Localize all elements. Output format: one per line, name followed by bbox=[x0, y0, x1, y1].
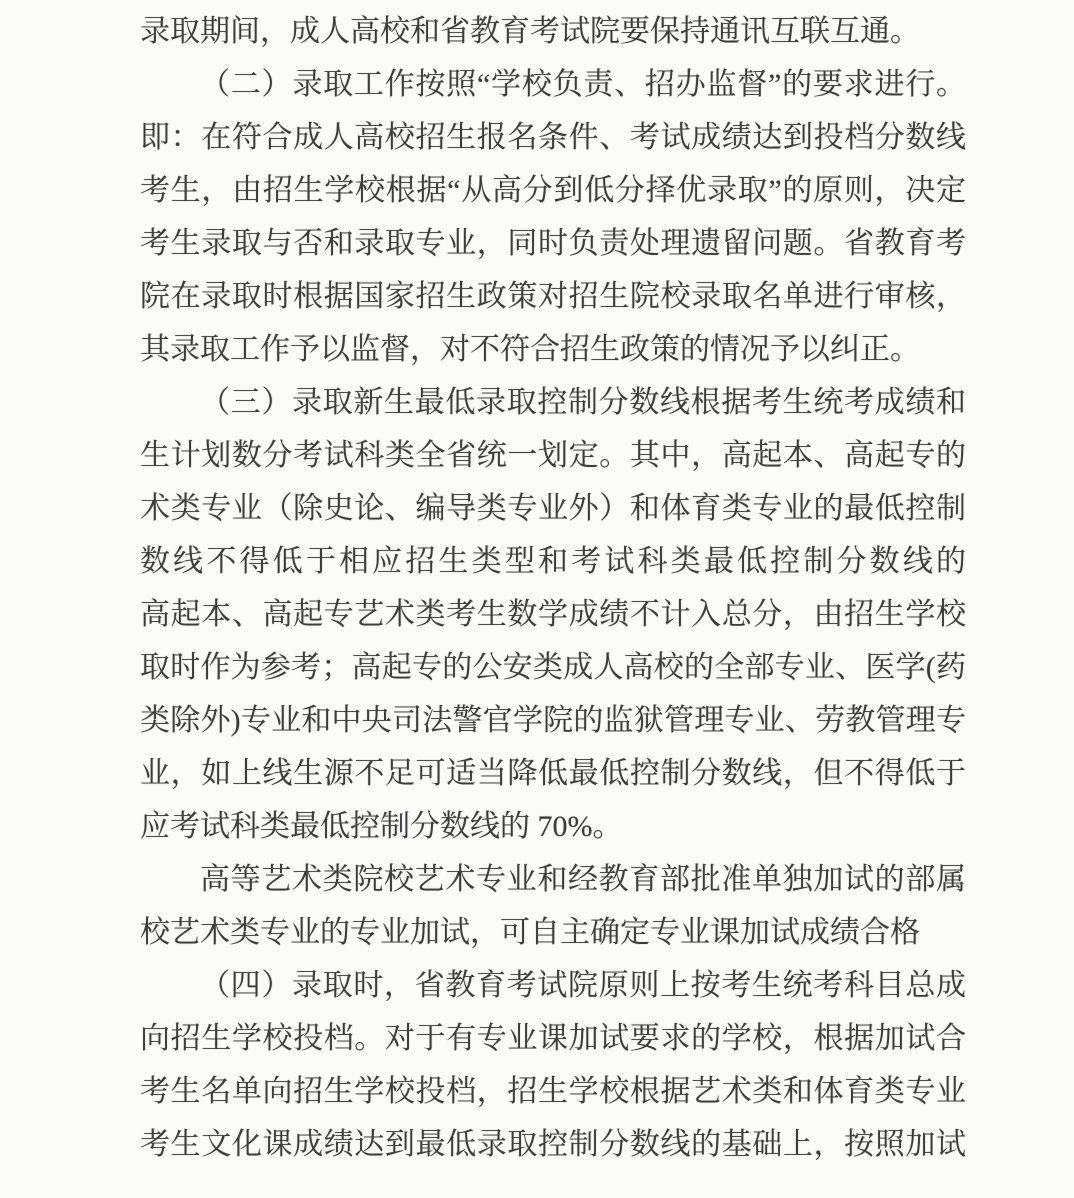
text-line: 考生文化课成绩达到最低录取控制分数线的基础上，按照加试专 bbox=[140, 1118, 966, 1171]
text-line: 院在录取时根据国家招生政策对招生院校录取名单进行审核，对 bbox=[140, 270, 966, 323]
text-line: 术类专业（除史论、编导类专业外）和体育类专业的最低控制分 bbox=[140, 482, 966, 535]
text-line: 考生名单向招生学校投档，招生学校根据艺术类和体育类专业在 bbox=[140, 1065, 966, 1118]
text-line: 应考试科类最低控制分数线的 70%。 bbox=[140, 800, 966, 853]
text-line: 业，如上线生源不足可适当降低最低控制分数线，但不得低于相 bbox=[140, 747, 966, 800]
document-text: 录取期间，成人高校和省教育考试院要保持通讯互联互通。（二）录取工作按照“学校负责… bbox=[140, 5, 966, 1171]
text-line: （三）录取新生最低录取控制分数线根据考生统考成绩和招 bbox=[140, 376, 966, 429]
text-line: 其录取工作予以监督，对不符合招生政策的情况予以纠正。 bbox=[140, 323, 966, 376]
text-line: 即：在符合成人高校招生报名条件、考试成绩达到投档分数线的 bbox=[140, 111, 966, 164]
document-page: 录取期间，成人高校和省教育考试院要保持通讯互联互通。（二）录取工作按照“学校负责… bbox=[0, 0, 1074, 1198]
text-line: （二）录取工作按照“学校负责、招办监督”的要求进行。 bbox=[140, 58, 966, 111]
text-line: 数线不得低于相应招生类型和考试科类最低控制分数线的 70%， bbox=[140, 535, 966, 588]
text-line: （四）录取时，省教育考试院原则上按考生统考科目总成绩 bbox=[140, 959, 966, 1012]
text-line: 校艺术类专业的专业加试，可自主确定专业课加试成绩合格线。 bbox=[140, 906, 966, 959]
text-line: 考生录取与否和录取专业，同时负责处理遗留问题。省教育考试 bbox=[140, 217, 966, 270]
text-line: 生计划数分考试科类全省统一划定。其中，高起本、高起专的艺 bbox=[140, 429, 966, 482]
text-line: 类除外)专业和中央司法警官学院的监狱管理专业、劳教管理专 bbox=[140, 694, 966, 747]
text-line: 取时作为参考；高起专的公安类成人高校的全部专业、医学(药学 bbox=[140, 641, 966, 694]
text-line: 高起本、高起专艺术类考生数学成绩不计入总分，由招生学校录 bbox=[140, 588, 966, 641]
text-line: 录取期间，成人高校和省教育考试院要保持通讯互联互通。 bbox=[140, 5, 966, 58]
text-line: 考生，由招生学校根据“从高分到低分择优录取”的原则，决定 bbox=[140, 164, 966, 217]
text-line: 高等艺术类院校艺术专业和经教育部批准单独加试的部属院 bbox=[140, 853, 966, 906]
text-line: 向招生学校投档。对于有专业课加试要求的学校，根据加试合格 bbox=[140, 1012, 966, 1065]
